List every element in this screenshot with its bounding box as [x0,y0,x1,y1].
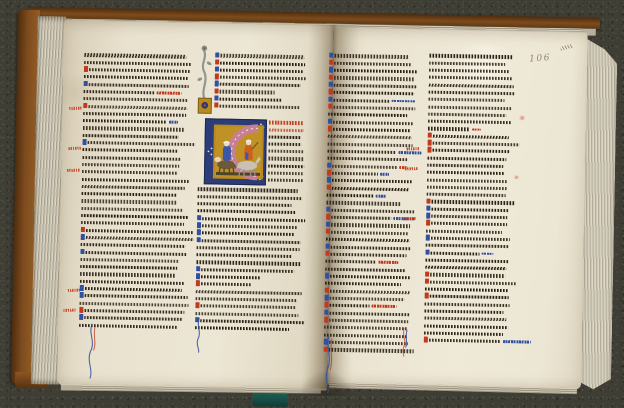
penwork-flourish [83,323,100,379]
right-page-column-1 [323,54,415,362]
penwork-flourish [321,336,336,394]
marginal-note [63,309,76,312]
marginal-note [405,167,418,170]
manuscript-photo: 106 [0,0,624,408]
left-page-column-1 [79,53,194,337]
penwork-flourish [398,327,411,357]
marginal-note [406,147,419,150]
marginal-note [69,107,82,110]
marginal-note [68,147,81,150]
open-book: 106 [7,6,620,408]
historiated-initial-miniature [204,118,267,185]
left-page-column-2-bottom [195,187,306,339]
marginal-note [67,169,80,172]
left-page-column-2-top [214,53,307,117]
right-page-column-2 [424,54,518,352]
marginal-note [403,217,416,220]
folio-number: 106 [529,53,551,64]
penwork-flourish [193,317,206,353]
marginal-foliate-ornament [195,43,214,117]
left-page-column-2-rubric-side [268,121,306,191]
marginal-note [68,289,81,292]
